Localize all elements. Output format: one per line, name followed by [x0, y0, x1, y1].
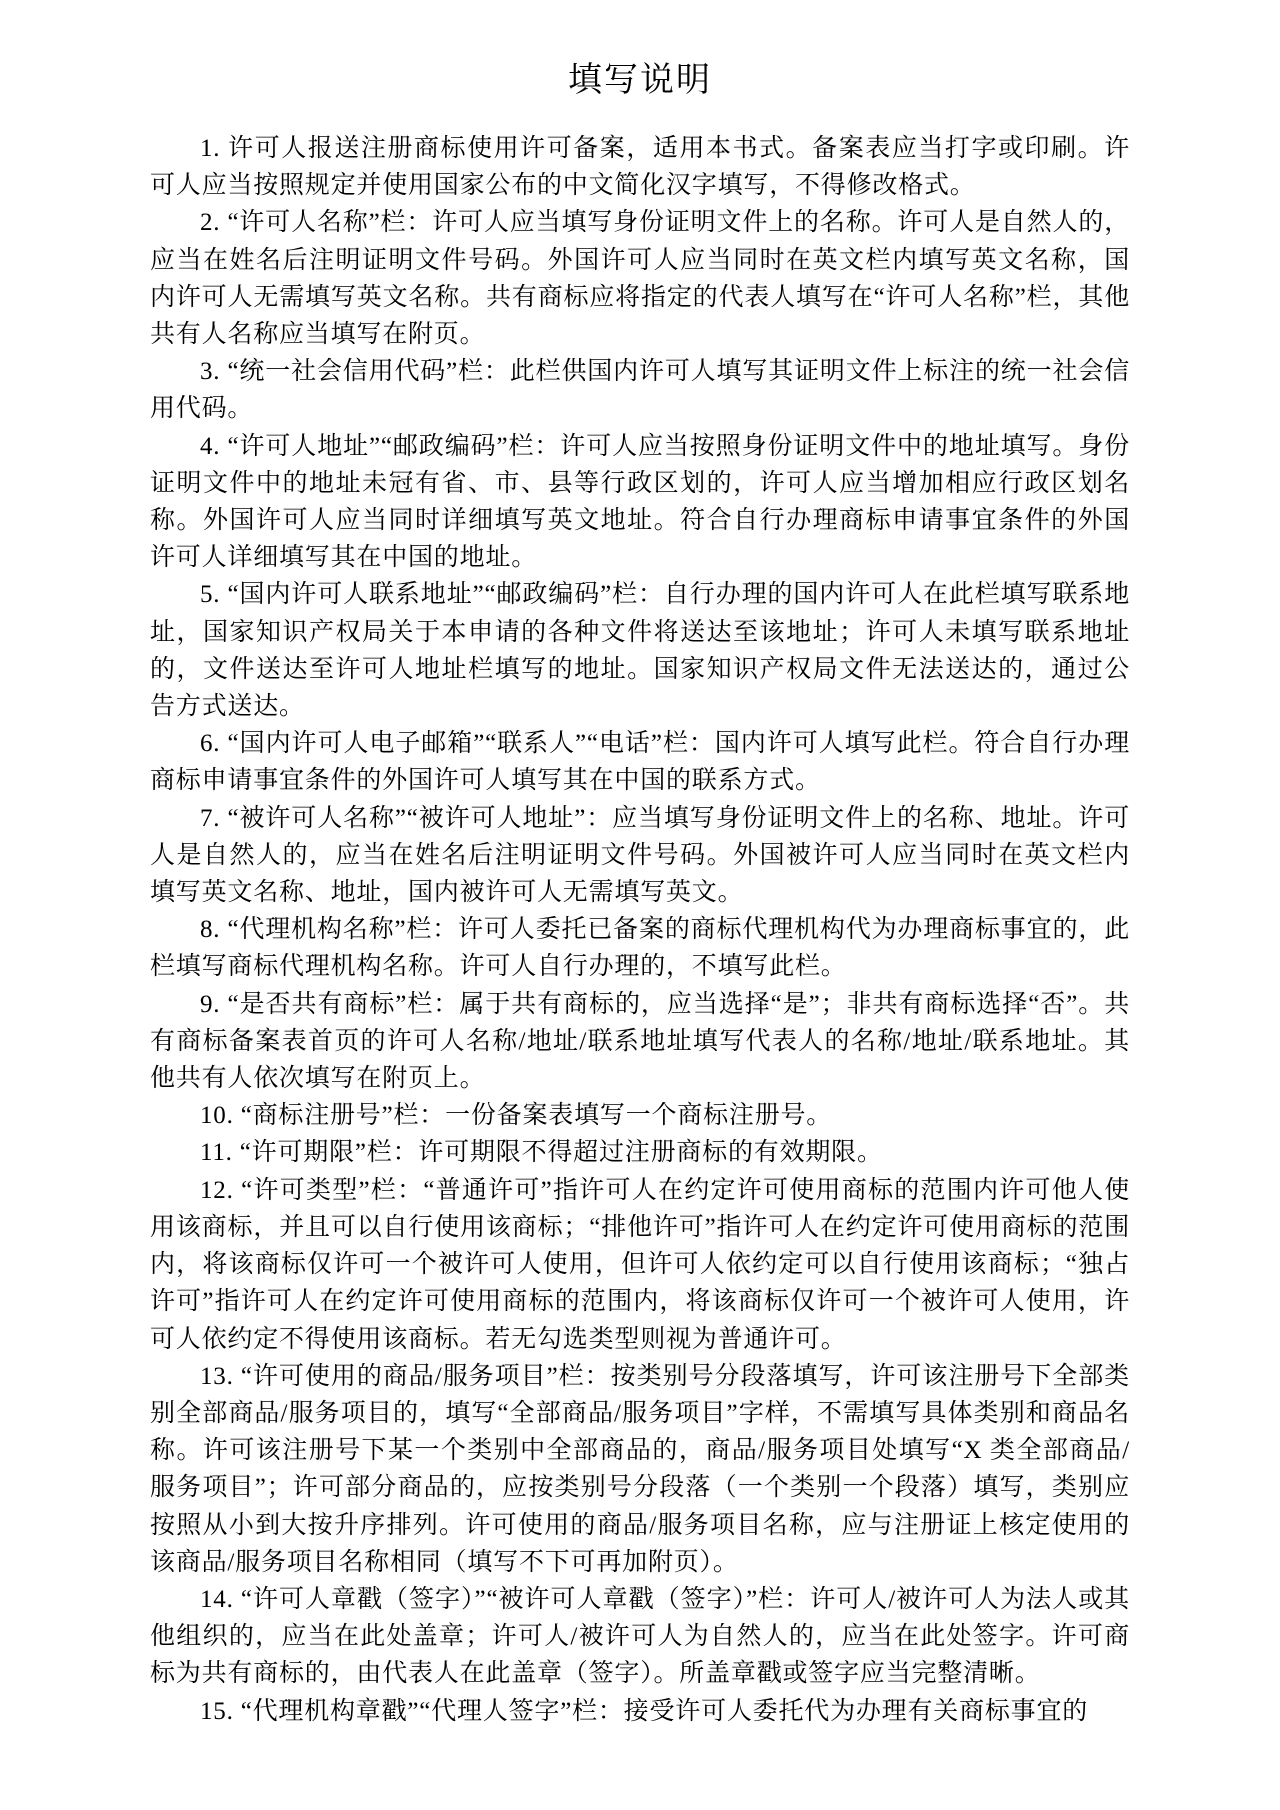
instructions-body: 1. 许可人报送注册商标使用许可备案，适用本书式。备案表应当打字或印刷。许可人应…: [150, 130, 1130, 1730]
instruction-paragraph: 6. “国内许可人电子邮箱”“联系人”“电话”栏：国内许可人填写此栏。符合自行办…: [150, 725, 1130, 799]
instruction-paragraph: 3. “统一社会信用代码”栏：此栏供国内许可人填写其证明文件上标注的统一社会信用…: [150, 353, 1130, 427]
instruction-paragraph: 14. “许可人章戳（签字）”“被许可人章戳（签字）”栏：许可人/被许可人为法人…: [150, 1581, 1130, 1693]
instruction-paragraph: 13. “许可使用的商品/服务项目”栏：按类别号分段落填写，许可该注册号下全部类…: [150, 1358, 1130, 1581]
instruction-paragraph: 7. “被许可人名称”“被许可人地址”：应当填写身份证明文件上的名称、地址。许可…: [150, 800, 1130, 912]
instruction-paragraph: 4. “许可人地址”“邮政编码”栏：许可人应当按照身份证明文件中的地址填写。身份…: [150, 428, 1130, 577]
instruction-paragraph: 15. “代理机构章戳”“代理人签字”栏：接受许可人委托代为办理有关商标事宜的: [150, 1693, 1130, 1730]
page-title: 填写说明: [0, 0, 1280, 102]
instruction-paragraph: 1. 许可人报送注册商标使用许可备案，适用本书式。备案表应当打字或印刷。许可人应…: [150, 130, 1130, 204]
document-page: 填写说明 1. 许可人报送注册商标使用许可备案，适用本书式。备案表应当打字或印刷…: [0, 0, 1280, 1810]
instruction-paragraph: 8. “代理机构名称”栏：许可人委托已备案的商标代理机构代为办理商标事宜的，此栏…: [150, 911, 1130, 985]
instruction-paragraph: 9. “是否共有商标”栏：属于共有商标的，应当选择“是”；非共有商标选择“否”。…: [150, 986, 1130, 1098]
instruction-paragraph: 2. “许可人名称”栏：许可人应当填写身份证明文件上的名称。许可人是自然人的，应…: [150, 204, 1130, 353]
instruction-paragraph: 12. “许可类型”栏：“普通许可”指许可人在约定许可使用商标的范围内许可他人使…: [150, 1172, 1130, 1358]
instruction-paragraph: 10. “商标注册号”栏：一份备案表填写一个商标注册号。: [150, 1097, 1130, 1134]
instruction-paragraph: 11. “许可期限”栏：许可期限不得超过注册商标的有效期限。: [150, 1134, 1130, 1171]
instruction-paragraph: 5. “国内许可人联系地址”“邮政编码”栏：自行办理的国内许可人在此栏填写联系地…: [150, 576, 1130, 725]
